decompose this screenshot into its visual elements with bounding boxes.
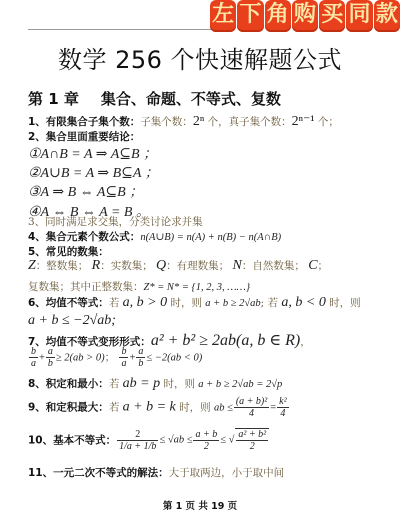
item-text: 子集个数： [140, 116, 193, 128]
number-sets-line-2: 复数集；其中正整数集：Z* = N* = {1, 2, 3, ……} [28, 279, 250, 294]
formula: a + b ≥ 2√ab [205, 298, 260, 309]
plus: + [39, 353, 45, 364]
item-heading: 6、均值不等式： [28, 297, 109, 309]
item-text: 时，则 [160, 378, 198, 390]
formula: ab = p [123, 376, 160, 391]
formula: Q [156, 258, 166, 273]
chapter-label: 第 1 章 [28, 90, 79, 108]
item-6-cont: a + b ≤ −2√ab; [28, 313, 116, 329]
plus: + [129, 353, 135, 364]
formula: a, b > 0 [123, 295, 167, 310]
item-text: ； [318, 260, 329, 272]
item-1: 1、有限集合子集个数：子集个数：2ⁿ 个，真子集个数：2ⁿ⁻¹ 个； [28, 113, 339, 130]
formula: a + b = k [123, 400, 176, 415]
formula: ab ≤ [214, 403, 233, 414]
set-rule-3: ③A ⇒ B ⇔ A⊆B ； [28, 181, 143, 201]
fraction: ba [119, 346, 128, 369]
item-9: 9、和定积最大：若 a + b = k 时，则 ab ≤(a + b)²4=k²… [28, 396, 290, 419]
item-text: 个，真子集个数： [204, 116, 291, 128]
item-heading: 2、集合里面重要结论： [28, 131, 140, 143]
item-text: ：整数集； [36, 260, 89, 272]
formula: R [92, 258, 101, 273]
formula: Z* = N* = {1, 2, 3, ……} [144, 282, 251, 293]
banner-char: 款 [374, 0, 400, 32]
banner-char: 同 [346, 0, 372, 32]
fraction: 21/a + 1/b [117, 429, 158, 452]
formula: ≤ √ab ≤ [159, 435, 192, 446]
formula: N [233, 258, 242, 273]
item-heading: 5、常见的数集： [28, 246, 109, 258]
set-rule-1: ①A∩B = A ⇒ A⊆B ； [28, 143, 157, 163]
item-text: 大于取两边，小于取中间 [169, 467, 285, 479]
fraction: ab [136, 346, 145, 369]
item-heading: 10、基本不等式： [28, 435, 116, 447]
formula: a + b ≥ 2√ab = 2√p [198, 379, 282, 390]
banner-char: 下 [237, 0, 263, 32]
fraction: a + b2 [193, 429, 219, 452]
header-rule [28, 29, 228, 30]
item-8: 8、积定和最小：若 ab = p 时，则 a + b ≥ 2√ab = 2√p [28, 376, 282, 392]
item-5: 5、常见的数集： [28, 244, 109, 259]
page-footer: 第 1 页 共 19 页 [0, 498, 400, 512]
item-text: ：有理数集； [166, 260, 229, 272]
item-text: ， [300, 336, 311, 348]
banner-char: 左 [210, 0, 236, 32]
item-6: 6、均值不等式：若 a, b > 0 时，则 a + b ≥ 2√ab; 若 a… [28, 295, 361, 311]
item-text: ：实数集； [100, 260, 153, 272]
item-text: 若 [109, 402, 123, 414]
item-text: 若 [109, 297, 123, 309]
item-text: 若 [109, 378, 123, 390]
formula: ≥ 2(ab > 0) [56, 353, 105, 364]
item-heading: 9、和定积最大： [28, 402, 109, 414]
fraction: a² + b²2 [235, 428, 269, 452]
formula: 2ⁿ [193, 114, 204, 129]
item-heading: 4、集合元素个数公式： [28, 231, 140, 243]
item-heading: 8、积定和最小： [28, 378, 109, 390]
item-2: 2、集合里面重要结论： [28, 129, 140, 144]
item-text: ：自然数集； [242, 260, 305, 272]
banner-char: 角 [265, 0, 291, 32]
document-title: 数学 256 个快速解题公式 [0, 40, 400, 75]
formula: 2ⁿ⁻¹ [292, 114, 315, 129]
formula: ≤ √ [220, 435, 234, 446]
item-4: 4、集合元素个数公式：n(A∪B) = n(A) + n(B) − n(A∩B) [28, 229, 281, 244]
item-text: ; 若 [261, 297, 282, 309]
formula: ≤ −2(ab < 0) [146, 353, 202, 364]
fraction: (a + b)²4 [234, 396, 269, 419]
number-sets-line-1: Z：整数集； R：实数集； Q：有理数集； N：自然数集； C； [28, 258, 328, 274]
item-text: 时，则 [167, 297, 205, 309]
formula: Z [28, 258, 36, 273]
item-text: ； [105, 352, 116, 364]
item-7-cont: ba+ab≥ 2(ab > 0)； ba+ab≤ −2(ab < 0) [28, 346, 202, 369]
formula: a, b < 0 [281, 295, 325, 310]
fraction: ab [46, 346, 55, 369]
item-10: 10、基本不等式：21/a + 1/b≤ √ab ≤a + b2≤ √a² + … [28, 428, 270, 452]
item-text: 复数集；其中正整数集： [28, 281, 144, 293]
formula: n(A∪B) = n(A) + n(B) − n(A∩B) [140, 232, 281, 243]
fraction: k²4 [277, 396, 288, 419]
chapter-heading: 第 1 章集合、命题、不等式、复数 [28, 88, 281, 109]
promo-banner[interactable]: 左 下 角 购 买 同 款 [210, 0, 400, 32]
equals: = [270, 403, 276, 414]
item-11: 11、一元二次不等式的解法：大于取两边，小于取中间 [28, 465, 284, 480]
banner-char: 购 [292, 0, 318, 32]
item-3: 3、同时满足求交集，分类讨论求并集 [28, 214, 203, 229]
set-rule-2: ②A∪B = A ⇒ B⊆A ； [28, 162, 159, 182]
item-heading: 11、一元二次不等式的解法： [28, 467, 169, 479]
banner-char: 买 [319, 0, 345, 32]
fraction: ba [29, 346, 38, 369]
formula: C [308, 258, 317, 273]
item-heading: 1、有限集合子集个数： [28, 116, 140, 128]
item-text: 时，则 [326, 297, 361, 309]
item-text: 时，则 [176, 402, 214, 414]
item-text: 个； [315, 116, 339, 128]
chapter-name: 集合、命题、不等式、复数 [101, 90, 281, 108]
